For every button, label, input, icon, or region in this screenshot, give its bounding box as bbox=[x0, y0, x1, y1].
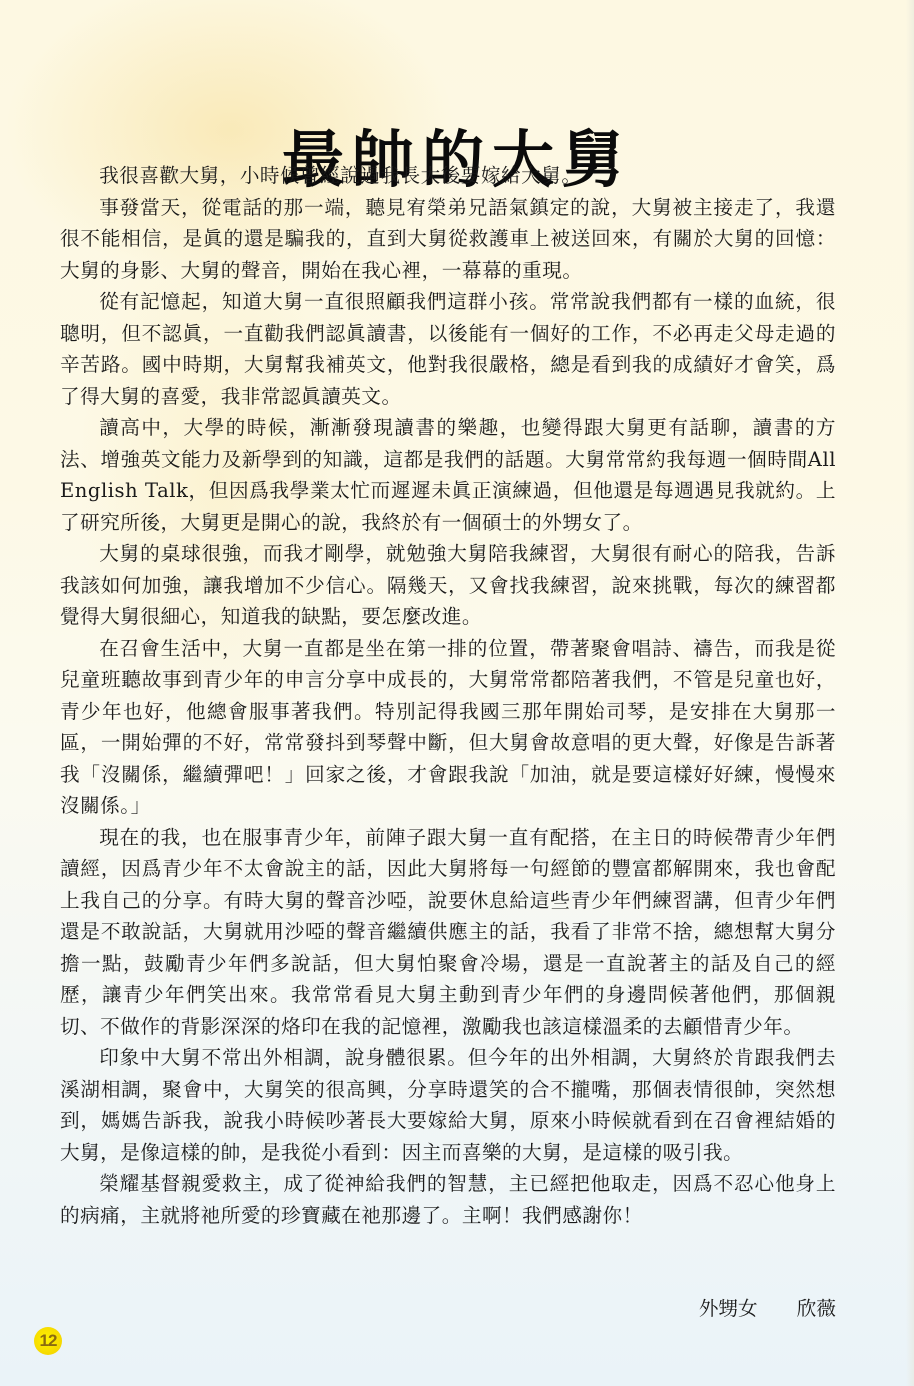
paragraph-5: 大舅的桌球很強，而我才剛學，就勉強大舅陪我練習，大舅很有耐心的陪我，告訴我該如何… bbox=[60, 538, 836, 633]
paragraph-1: 我很喜歡大舅，小時候曾經說過我長大後要嫁給大舅。 bbox=[60, 160, 836, 192]
paragraph-4: 讀高中，大學的時候，漸漸發現讀書的樂趣，也變得跟大舅更有話聊，讀書的方法、增強英… bbox=[60, 412, 836, 538]
paragraph-7: 現在的我，也在服事青少年，前陣子跟大舅一直有配搭，在主日的時候帶青少年們讀經，因… bbox=[60, 822, 836, 1043]
author-signature: 外甥女 欣薇 bbox=[699, 1293, 836, 1324]
paragraph-9: 榮耀基督親愛救主，成了從神給我們的智慧，主已經把他取走，因爲不忍心他身上的病痛，… bbox=[60, 1168, 836, 1231]
paragraph-8: 印象中大舅不常出外相調，說身體很累。但今年的出外相調，大舅終於肯跟我們去溪湖相調… bbox=[60, 1042, 836, 1168]
article-body: 我很喜歡大舅，小時候曾經說過我長大後要嫁給大舅。 事發當天，從電話的那一端，聽見… bbox=[60, 160, 836, 1231]
paragraph-3: 從有記憶起，知道大舅一直很照顧我們這群小孩。常常說我們都有一樣的血統，很聰明，但… bbox=[60, 286, 836, 412]
page-number-badge: 12 bbox=[34, 1327, 62, 1355]
document-page: 最帥的大舅 我很喜歡大舅，小時候曾經說過我長大後要嫁給大舅。 事發當天，從電話的… bbox=[0, 0, 914, 1386]
paragraph-6: 在召會生活中，大舅一直都是坐在第一排的位置，帶著聚會唱詩、禱告，而我是從兒童班聽… bbox=[60, 633, 836, 822]
paragraph-2: 事發當天，從電話的那一端，聽見宥榮弟兄語氣鎮定的說，大舅被主接走了，我還很不能相… bbox=[60, 192, 836, 287]
page-edge-shadow bbox=[906, 0, 914, 1386]
